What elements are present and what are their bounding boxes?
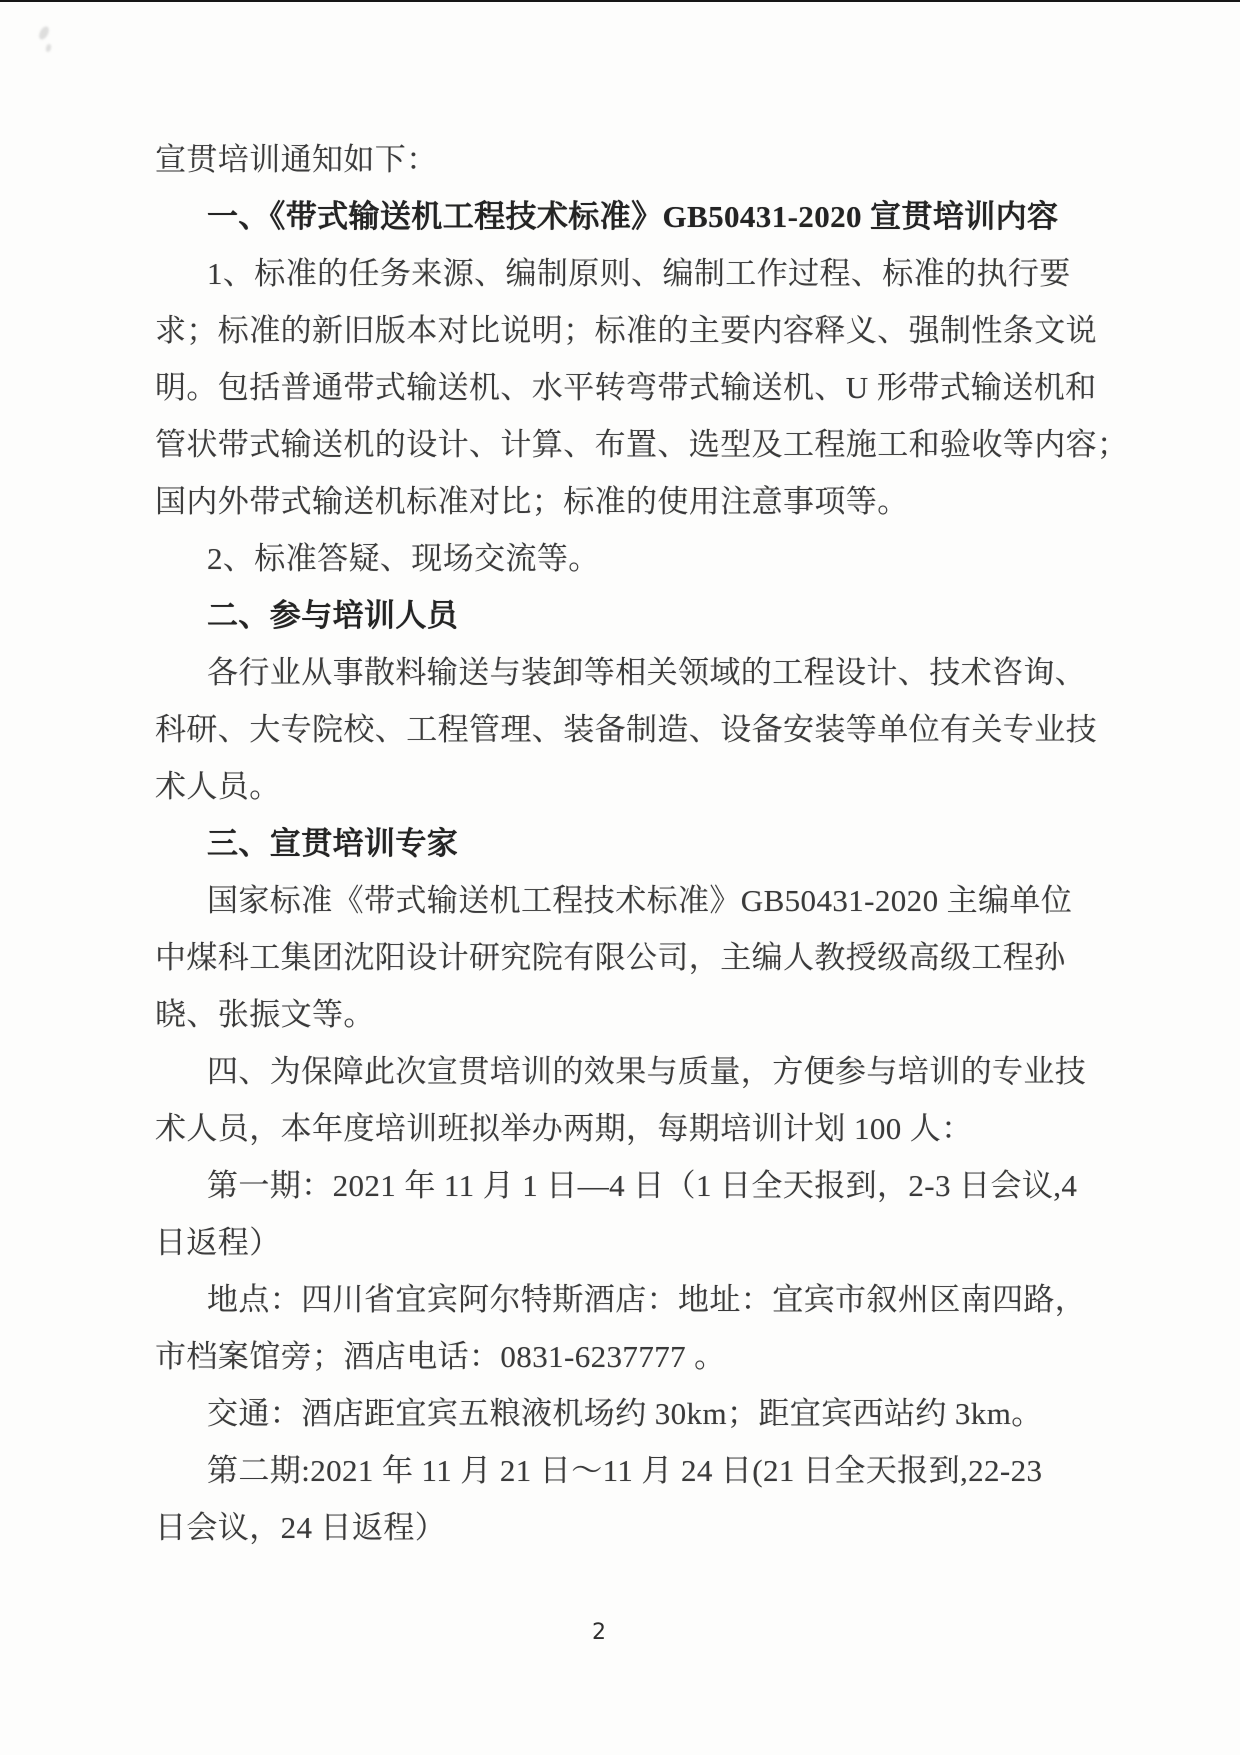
text-line: 管状带式输送机的设计、计算、布置、选型及工程施工和验收等内容；: [155, 416, 1060, 473]
scan-smudge-artifact: [45, 43, 52, 52]
scan-edge-artifact: [0, 0, 1240, 2]
text-line: 市档案馆旁；酒店电话：0831-6237777 。: [155, 1328, 1060, 1385]
page-number: 2: [592, 1620, 606, 1646]
section-heading: 二、参与培训人员: [155, 587, 1060, 644]
document-body: 宣贯培训通知如下： 一、《带式输送机工程技术标准》GB50431-2020 宣贯…: [155, 131, 1060, 1556]
text-line: 晓、张振文等。: [155, 986, 1060, 1043]
text-line: 日会议，24 日返程）: [155, 1499, 1060, 1556]
text-line: 交通：酒店距宜宾五粮液机场约 30km；距宜宾西站约 3km。: [155, 1385, 1060, 1442]
text-line: 科研、大专院校、工程管理、装备制造、设备安装等单位有关专业技: [155, 701, 1060, 758]
text-line: 中煤科工集团沈阳设计研究院有限公司，主编人教授级高级工程孙: [155, 929, 1060, 986]
text-line: 国内外带式输送机标准对比；标准的使用注意事项等。: [155, 473, 1060, 530]
text-line: 术人员，本年度培训班拟举办两期，每期培训计划 100 人：: [155, 1100, 1060, 1157]
scanned-document-page: 宣贯培训通知如下： 一、《带式输送机工程技术标准》GB50431-2020 宣贯…: [0, 0, 1240, 1755]
text-line: 第一期：2021 年 11 月 1 日—4 日（1 日全天报到，2-3 日会议,…: [155, 1157, 1060, 1214]
text-line: 求；标准的新旧版本对比说明；标准的主要内容释义、强制性条文说: [155, 302, 1060, 359]
section-heading: 一、《带式输送机工程技术标准》GB50431-2020 宣贯培训内容: [155, 188, 1060, 245]
text-line: 日返程）: [155, 1214, 1060, 1271]
text-line: 国家标准《带式输送机工程技术标准》GB50431-2020 主编单位: [155, 872, 1060, 929]
text-line: 第二期:2021 年 11 月 21 日～11 月 24 日(21 日全天报到,…: [155, 1442, 1060, 1499]
text-line: 四、为保障此次宣贯培训的效果与质量，方便参与培训的专业技: [155, 1043, 1060, 1100]
text-line: 术人员。: [155, 758, 1060, 815]
scan-smudge-artifact: [37, 25, 51, 41]
text-line: 明。包括普通带式输送机、水平转弯带式输送机、U 形带式输送机和: [155, 359, 1060, 416]
section-heading: 三、宣贯培训专家: [155, 815, 1060, 872]
text-line: 1、标准的任务来源、编制原则、编制工作过程、标准的执行要: [155, 245, 1060, 302]
text-line: 宣贯培训通知如下：: [155, 131, 1060, 188]
text-line: 地点：四川省宜宾阿尔特斯酒店：地址：宜宾市叙州区南四路，: [155, 1271, 1060, 1328]
text-line: 各行业从事散料输送与装卸等相关领域的工程设计、技术咨询、: [155, 644, 1060, 701]
text-line: 2、标准答疑、现场交流等。: [155, 530, 1060, 587]
